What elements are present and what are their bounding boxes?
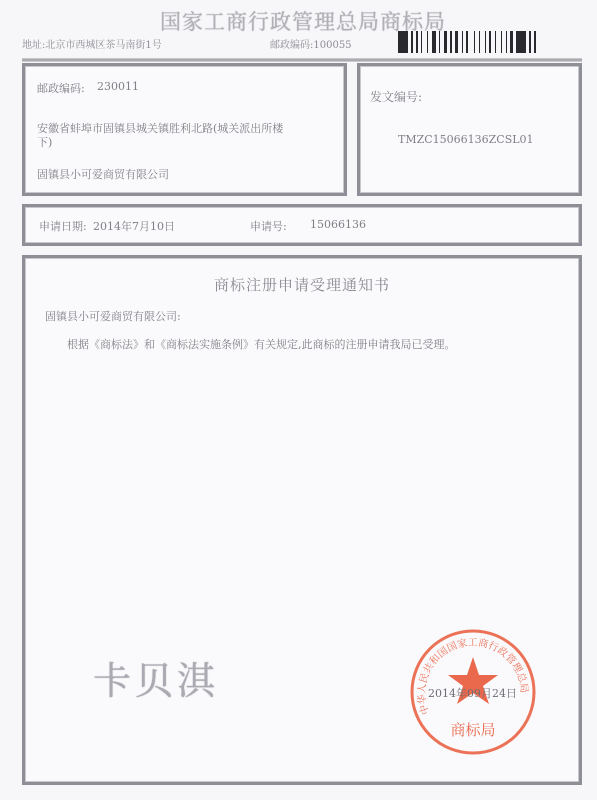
application-number-value: 15066136: [310, 218, 366, 231]
notice-salutation: 固镇县小可爱商贸有限公司:: [45, 308, 181, 324]
recipient-address-line1: 安徽省蚌埠市固镇县城关镇胜利北路(城关派出所楼: [37, 120, 283, 136]
recipient-company: 固镇县小可爱商贸有限公司: [37, 166, 169, 182]
application-date-value: 2014年7月10日: [93, 218, 175, 234]
document-number-box: 发文编号: TMZC15066136ZCSL01: [357, 63, 582, 196]
recipient-box: 邮政编码: 230011 安徽省蚌埠市固镇县城关镇胜利北路(城关派出所楼 下) …: [22, 63, 347, 196]
notice-body: 根据《商标法》和《商标法实施条例》有关规定,此商标的注册申请我局已受理。: [67, 336, 456, 352]
issuer-postcode: 邮政编码:100055: [270, 36, 352, 51]
recipient-postcode-label: 邮政编码:: [37, 80, 85, 96]
recipient-postcode-value: 230011: [97, 80, 139, 93]
application-date-label: 申请日期:: [39, 218, 87, 234]
header-divider: [22, 58, 582, 62]
application-number-label: 申请号:: [250, 218, 287, 234]
document-number-value: TMZC15066136ZCSL01: [398, 133, 534, 146]
svg-text:商标局: 商标局: [450, 721, 495, 739]
barcode-icon: [398, 31, 560, 53]
recipient-address-line2: 下): [37, 134, 52, 150]
notice-title: 商标注册申请受理通知书: [25, 274, 579, 295]
issuer-address: 地址:北京市西城区茶马南街1号: [22, 36, 162, 51]
application-box: 申请日期: 2014年7月10日 申请号: 15066136: [22, 204, 582, 246]
document-number-label: 发文编号:: [370, 88, 422, 105]
seal-date: 2014年09月24日: [428, 685, 517, 701]
trademark-name: 卡贝淇: [93, 650, 219, 705]
